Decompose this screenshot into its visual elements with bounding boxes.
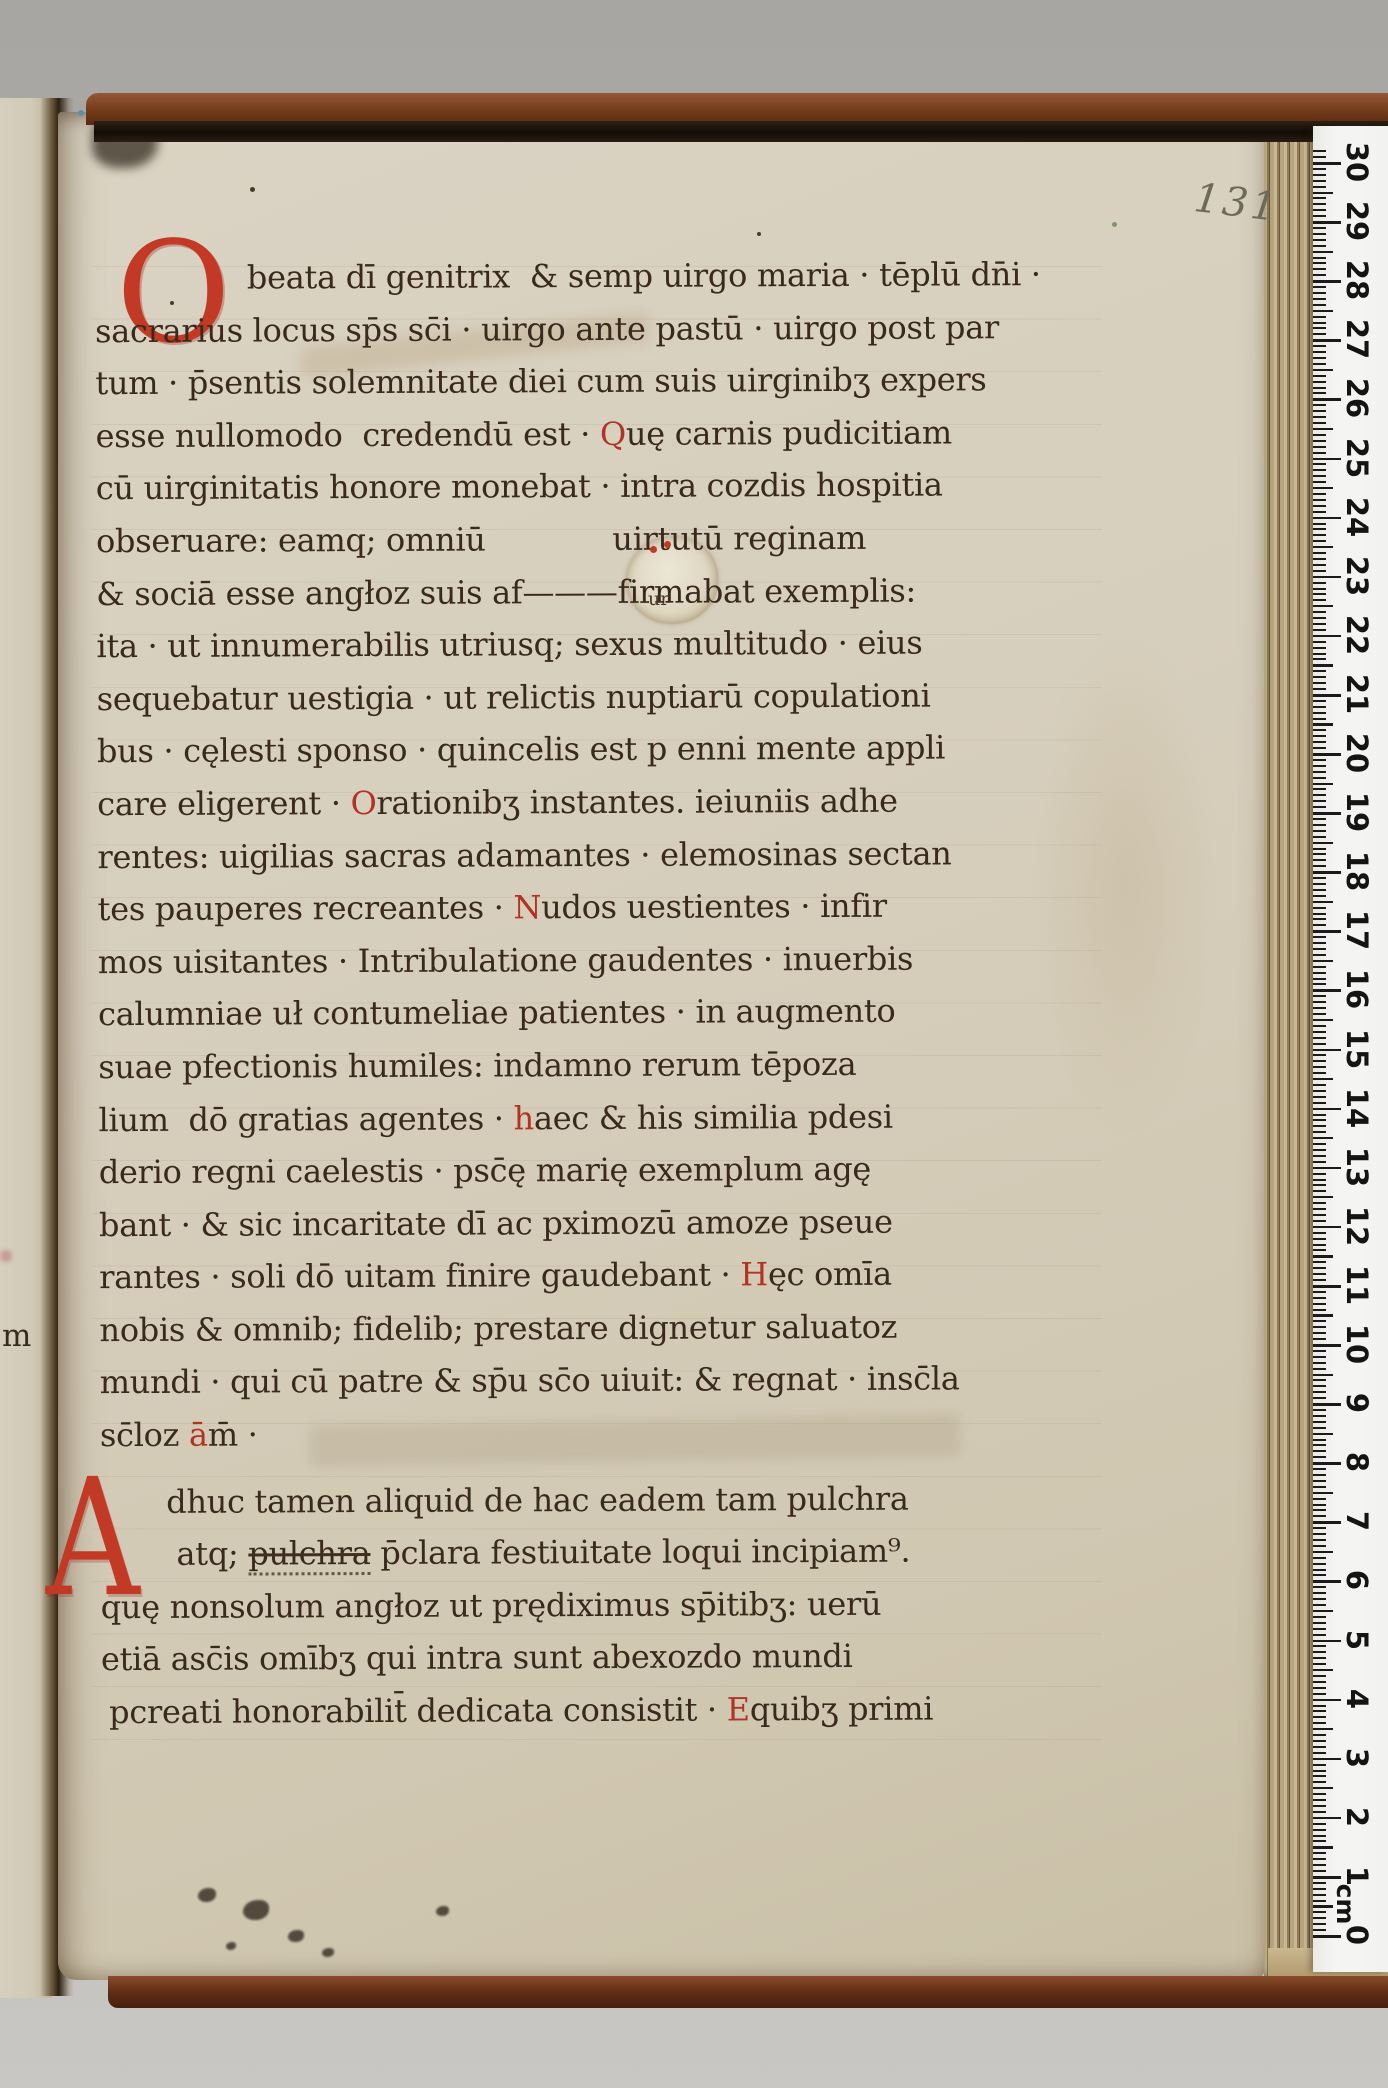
ruler-tick (1313, 765, 1326, 767)
manuscript-line: mundi · qui cū patre & sp̄u sc̄o uiuit: … (100, 1352, 1100, 1409)
ruler-tick (1313, 1480, 1326, 1482)
ruler-tick (1313, 1829, 1326, 1831)
ruler-tick (1313, 174, 1326, 176)
ruler-tick (1313, 1586, 1326, 1588)
ruler-tick (1313, 1444, 1326, 1446)
ruler-number: 10 (1342, 1322, 1372, 1366)
ruler-tick (1313, 1196, 1333, 1198)
ruler-tick (1313, 582, 1326, 584)
ruler-tick (1313, 871, 1341, 874)
ruler-tick (1313, 1309, 1326, 1311)
ruler-tick (1313, 777, 1326, 779)
ruler-tick (1313, 221, 1341, 224)
manuscript-line: bus · cęlesti sponso · quincelis est p e… (97, 721, 1097, 778)
ruler-tick (1313, 1468, 1326, 1470)
ruler-tick (1313, 865, 1326, 867)
ruler-tick (1313, 836, 1326, 838)
ruler-tick (1313, 1663, 1326, 1665)
ruler-tick (1313, 1249, 1326, 1251)
ruler-tick (1313, 327, 1326, 329)
ruler-number: 21 (1342, 672, 1372, 716)
manuscript-line: sequebatur uestigia · ut relictis nuptia… (97, 669, 1097, 726)
ruler-tick (1313, 1876, 1341, 1879)
ruler-tick (1313, 1167, 1341, 1170)
ruler-tick (1313, 729, 1326, 731)
ruler-tick (1313, 966, 1326, 968)
ruler-tick (1313, 658, 1326, 660)
ruler-tick (1313, 741, 1326, 743)
ruler-tick (1313, 1923, 1326, 1925)
ruler-tick (1313, 493, 1326, 495)
red-dot (650, 546, 657, 553)
ruler-tick (1313, 1049, 1341, 1052)
ruler-tick (1313, 1846, 1333, 1848)
ruler-tick (1313, 800, 1326, 802)
ruler-tick (1313, 1202, 1326, 1204)
manuscript-line: pcreati honorabilit̄ dedicata consistit … (101, 1682, 1101, 1739)
ruler-tick (1313, 1545, 1326, 1547)
ruler-tick (1313, 1539, 1326, 1541)
ruler-tick (1313, 369, 1333, 371)
ruler-tick (1313, 239, 1326, 241)
ruler-tick (1313, 1338, 1326, 1340)
ruler-tick (1313, 481, 1326, 483)
ruler-tick (1313, 889, 1326, 891)
ruler-tick (1313, 812, 1341, 815)
ruler-tick (1313, 1397, 1326, 1399)
ruler-tick (1313, 1805, 1326, 1807)
ruler-tick (1313, 1031, 1326, 1033)
ruler-tick (1313, 1864, 1326, 1866)
ruler-tick (1313, 192, 1333, 194)
manuscript-line: rentes: uigilias sacras adamantes · elem… (97, 826, 1097, 883)
ruler-tick (1313, 1155, 1326, 1157)
ruler-tick (1313, 1492, 1333, 1494)
ruler-tick (1313, 1917, 1326, 1919)
ruler-tick (1313, 1693, 1326, 1695)
ruler-tick (1313, 1900, 1326, 1902)
ruler-number: 27 (1342, 317, 1372, 361)
ruler-tick (1313, 570, 1326, 572)
ruler-tick (1313, 794, 1326, 796)
ruler-tick (1313, 629, 1326, 631)
ruler-tick (1313, 1462, 1341, 1465)
ruler-tick (1313, 523, 1326, 525)
ruler-tick (1313, 1580, 1341, 1583)
ruler-tick (1313, 1669, 1333, 1671)
ruler-tick (1313, 1214, 1326, 1216)
ruler-tick (1313, 972, 1326, 974)
ruler-tick (1313, 1054, 1326, 1056)
ruler-tick (1313, 1498, 1326, 1500)
red-dot (664, 541, 671, 548)
ruler-tick (1313, 1137, 1333, 1139)
ruler-tick (1313, 422, 1326, 424)
ruler-tick (1313, 168, 1326, 170)
ruler-tick (1313, 375, 1326, 377)
ruler-number: 11 (1342, 1263, 1372, 1307)
manuscript-line: sacrarius locus sp̄s sc̄i · uirgo ante p… (95, 300, 1095, 357)
ruler-tick (1313, 251, 1333, 253)
ruler-tick (1313, 1184, 1326, 1186)
ruler-tick (1313, 1527, 1326, 1529)
ruler-tick (1313, 351, 1326, 353)
ruler-number: 22 (1342, 613, 1372, 657)
ruler-tick (1313, 688, 1326, 690)
ruler-tick (1313, 806, 1326, 808)
ruler-tick (1313, 357, 1326, 359)
manuscript-line: atq; pulchra p̄clara festiuitate loqui i… (100, 1524, 1100, 1581)
ruler-tick (1313, 611, 1326, 613)
photo: m ur O A beata dī genitrix & semp uirgo … (0, 0, 1388, 2088)
ruler-tick (1313, 1622, 1326, 1624)
stain (757, 232, 761, 236)
ruler-tick (1313, 1450, 1326, 1452)
ruler-number: 6 (1342, 1558, 1372, 1602)
ruler-tick (1313, 1190, 1326, 1192)
ruler-number: 7 (1342, 1499, 1372, 1543)
ruler-tick (1313, 623, 1326, 625)
ruler-tick (1313, 1261, 1326, 1263)
ruler-tick (1313, 1391, 1326, 1393)
ruler-tick (1313, 1521, 1341, 1524)
manuscript-line: calumniae uł contumeliae patientes · in … (98, 984, 1098, 1041)
ruler-tick (1313, 830, 1326, 832)
ruler-tick (1313, 1149, 1326, 1151)
ruler-tick (1313, 735, 1326, 737)
ruler-tick (1313, 664, 1333, 666)
ruler-tick (1313, 197, 1326, 199)
ruler-tick (1313, 1119, 1326, 1121)
ruler-number: 24 (1342, 495, 1372, 539)
ruler-tick (1313, 1911, 1326, 1913)
manuscript-line: mos uisitantes · Intribulatione gaudente… (98, 932, 1098, 989)
ruler-tick (1313, 1716, 1326, 1718)
ruler-tick (1313, 1267, 1326, 1269)
ruler-tick (1313, 1604, 1326, 1606)
ruler-tick (1313, 723, 1333, 725)
ruler-tick (1313, 907, 1326, 909)
ruler-tick (1313, 1173, 1326, 1175)
ruler-tick (1313, 257, 1326, 259)
ruler-tick (1313, 1858, 1326, 1860)
ruler-tick (1313, 546, 1333, 548)
ruler-tick (1313, 558, 1326, 560)
ruler-tick (1313, 848, 1326, 850)
ruler-number: 19 (1342, 790, 1372, 834)
ruler-tick (1313, 1504, 1326, 1506)
ruler-tick (1313, 1102, 1326, 1104)
ruler-tick (1313, 1220, 1326, 1222)
ruler-tick (1313, 292, 1326, 294)
page-edge-band-top (94, 121, 1388, 142)
ruler-tick (1313, 203, 1326, 205)
ruler-tick (1313, 1486, 1326, 1488)
ruler-number: 0 (1342, 1913, 1372, 1957)
ruler-tick (1313, 404, 1326, 406)
ruler-tick (1313, 1403, 1341, 1406)
ruler-tick (1313, 960, 1333, 962)
ruler-tick (1313, 1297, 1326, 1299)
ruler-tick (1313, 1433, 1333, 1435)
manuscript-line: nobis & omnib; fidelib; prestare dignetu… (99, 1300, 1099, 1357)
ruler-tick (1313, 1007, 1326, 1009)
ruler-tick (1313, 641, 1326, 643)
ruler-tick (1313, 1634, 1326, 1636)
ruler-tick (1313, 1640, 1341, 1643)
ruler-tick (1313, 463, 1326, 465)
ruler-tick (1313, 1344, 1341, 1347)
ruler-tick (1313, 617, 1326, 619)
ruler-number: 2 (1342, 1795, 1372, 1839)
manuscript-line: sc̄loz ām̄ · (100, 1405, 1100, 1462)
ruler-number: 3 (1342, 1736, 1372, 1780)
ruler-tick (1313, 1043, 1326, 1045)
ruler-tick (1313, 1515, 1326, 1517)
ruler-tick (1313, 1734, 1326, 1736)
ruler-tick (1313, 842, 1333, 844)
ruler-tick (1313, 1084, 1326, 1086)
ruler-tick (1313, 1935, 1341, 1938)
ruler-tick (1313, 706, 1326, 708)
ruler-tick (1313, 1882, 1326, 1884)
ruler: cm 3029282726252423222120191817161514131… (1313, 126, 1388, 1972)
ruler-tick (1313, 1273, 1326, 1275)
ruler-tick (1313, 788, 1326, 790)
ruler-tick (1313, 162, 1341, 165)
manuscript-line: suae pfectionis humiles: indamno rerum t… (98, 1037, 1098, 1094)
ruler-tick (1313, 635, 1341, 638)
ruler-tick (1313, 487, 1333, 489)
ruler-tick (1313, 1439, 1326, 1441)
ruler-tick (1313, 1379, 1326, 1381)
ruler-tick (1313, 1427, 1326, 1429)
ruler-tick (1313, 316, 1326, 318)
stain (0, 1250, 12, 1262)
ruler-tick (1313, 883, 1326, 885)
ruler-tick (1313, 818, 1326, 820)
ruler-tick (1313, 682, 1326, 684)
ruler-tick (1313, 918, 1326, 920)
ruler-tick (1313, 1013, 1326, 1015)
ruler-tick (1313, 209, 1326, 211)
ruler-tick (1313, 1509, 1326, 1511)
ruler-tick (1313, 700, 1326, 702)
ruler-tick (1313, 1326, 1326, 1328)
manuscript-line: esse nullomodo credendū est · Quę carnis… (95, 406, 1095, 463)
ruler-tick (1313, 392, 1326, 394)
ruler-tick (1313, 1374, 1333, 1376)
ruler-tick (1313, 274, 1326, 276)
ruler-tick (1313, 1303, 1326, 1305)
ruler-tick (1313, 310, 1333, 312)
ruler-tick (1313, 469, 1326, 471)
ruler-tick (1313, 670, 1326, 672)
ruler-tick (1313, 511, 1326, 513)
ruler-tick (1313, 1657, 1326, 1659)
ruler-tick (1313, 948, 1326, 950)
ruler-tick (1313, 280, 1341, 283)
ruler-tick (1313, 499, 1326, 501)
ruler-tick (1313, 942, 1326, 944)
ruler-tick (1313, 1758, 1341, 1761)
ruler-tick (1313, 1752, 1326, 1754)
ruler-tick (1313, 1687, 1326, 1689)
ruler-tick (1313, 1592, 1326, 1594)
ruler-tick (1313, 298, 1326, 300)
ruler-tick (1313, 262, 1326, 264)
spine-bottom (108, 1976, 1388, 2008)
ruler-tick (1313, 398, 1341, 401)
ruler-tick (1313, 150, 1326, 152)
ruler-tick (1313, 1320, 1326, 1322)
ruler-tick (1313, 186, 1326, 188)
ruler-tick (1313, 1905, 1333, 1907)
ruler-number: 29 (1342, 199, 1372, 243)
ruler-tick (1313, 593, 1326, 595)
ruler-tick (1313, 1332, 1326, 1334)
ruler-number: 13 (1342, 1145, 1372, 1189)
ruler-tick (1313, 517, 1341, 520)
ruler-tick (1313, 528, 1326, 530)
ruler-tick (1313, 924, 1326, 926)
ruler-tick (1313, 1781, 1326, 1783)
ruler-tick (1313, 647, 1326, 649)
ruler-number: 20 (1342, 731, 1372, 775)
ruler-tick (1313, 564, 1326, 566)
ruler-tick (1313, 1161, 1326, 1163)
ruler-tick (1313, 1705, 1326, 1707)
ruler-tick (1313, 1232, 1326, 1234)
ruler-tick (1313, 1019, 1333, 1021)
ruler-tick (1313, 1456, 1326, 1458)
ruler-tick (1313, 245, 1326, 247)
ruler-tick (1313, 1840, 1326, 1842)
ruler-number: 4 (1342, 1677, 1372, 1721)
ruler-tick (1313, 1799, 1326, 1801)
ruler-tick (1313, 1557, 1326, 1559)
manuscript-line: bant · & sic incaritate dī ac pximozū am… (99, 1195, 1099, 1252)
ruler-number: 15 (1342, 1027, 1372, 1071)
ruler-number: 30 (1342, 140, 1372, 184)
ruler-tick (1313, 653, 1326, 655)
ruler-tick (1313, 1285, 1341, 1288)
manuscript-line: etiā asc̄is omībʒ qui intra sunt abexozd… (101, 1629, 1101, 1686)
ruler-tick (1313, 1362, 1326, 1364)
ink-spot (322, 1948, 334, 1957)
ruler-tick (1313, 936, 1326, 938)
manuscript-line: quę nonsolum angłoz ut prędiximus sp̄iti… (101, 1577, 1101, 1634)
ruler-tick (1313, 1563, 1326, 1565)
ruler-tick (1313, 1096, 1326, 1098)
manuscript-line: dhuc tamen aliquid de hac eadem tam pulc… (100, 1471, 1100, 1528)
blue-speck (78, 110, 84, 116)
ruler-tick (1313, 1072, 1326, 1074)
hole-inscription: ur (648, 588, 669, 610)
ruler-tick (1313, 180, 1326, 182)
ruler-number: 18 (1342, 849, 1372, 893)
manuscript-line: derio regni caelestis · psc̄ę marię exem… (99, 1142, 1099, 1199)
ruler-tick (1313, 363, 1326, 365)
ruler-tick (1313, 1610, 1333, 1612)
ruler-tick (1313, 475, 1326, 477)
ruler-tick (1313, 434, 1326, 436)
ruler-number: 8 (1342, 1440, 1372, 1484)
ruler-tick (1313, 1255, 1333, 1257)
green-speck (1112, 222, 1117, 227)
ruler-tick (1313, 1078, 1333, 1080)
ruler-tick (1313, 1131, 1326, 1133)
ruler-tick (1313, 853, 1326, 855)
stain (250, 187, 255, 192)
ruler-tick (1313, 333, 1326, 335)
ruler-tick (1313, 534, 1326, 536)
ruler-tick (1313, 1291, 1326, 1293)
ruler-tick (1313, 588, 1326, 590)
ruler-tick (1313, 1114, 1326, 1116)
manuscript-line: & sociā esse angłoz suis af———firmabat e… (96, 563, 1096, 620)
ruler-tick (1313, 954, 1326, 956)
ruler-tick (1313, 605, 1333, 607)
ruler-tick (1313, 1060, 1326, 1062)
ruler-number: 9 (1342, 1381, 1372, 1425)
ruler-tick (1313, 1208, 1326, 1210)
ruler-tick (1313, 989, 1341, 992)
ruler-tick (1313, 599, 1326, 601)
ruler-tick (1313, 1368, 1326, 1370)
ruler-tick (1313, 1699, 1341, 1702)
ruler-tick (1313, 753, 1341, 756)
ruler-tick (1313, 895, 1326, 897)
ruler-tick (1313, 458, 1341, 461)
ruler-tick (1313, 215, 1326, 217)
ruler-number: 12 (1342, 1204, 1372, 1248)
ruler-tick (1313, 440, 1326, 442)
ruler-tick (1313, 759, 1326, 761)
ruler-tick (1313, 233, 1326, 235)
ruler-tick (1313, 1770, 1326, 1772)
ruler-tick (1313, 452, 1326, 454)
ruler-tick (1313, 1628, 1326, 1630)
ruler-tick (1313, 1474, 1326, 1476)
ink-spot (288, 1930, 304, 1942)
ruler-tick (1313, 1764, 1326, 1766)
ruler-tick (1313, 824, 1326, 826)
facing-page-text: m (2, 1318, 31, 1354)
ruler-tick (1313, 1888, 1326, 1890)
manuscript-line: lium dō gratias agentes · haec & his sim… (98, 1089, 1098, 1146)
ruler-number: 17 (1342, 908, 1372, 952)
ruler-tick (1313, 676, 1326, 678)
ruler-tick (1313, 913, 1326, 915)
ruler-tick (1313, 1409, 1326, 1411)
ruler-tick (1313, 877, 1326, 879)
ruler-tick (1313, 1143, 1326, 1145)
page-edges (1264, 106, 1314, 1980)
ruler-tick (1313, 156, 1326, 158)
ruler-tick (1313, 978, 1326, 980)
ruler-tick (1313, 1279, 1326, 1281)
ruler-tick (1313, 1746, 1326, 1748)
ruler-tick (1313, 446, 1326, 448)
manuscript-line: ita · ut innumerabilis utriusq; sexus mu… (96, 616, 1096, 673)
ruler-tick (1313, 1852, 1326, 1854)
ruler-tick (1313, 1598, 1326, 1600)
ruler-tick (1313, 783, 1333, 785)
ruler-tick (1313, 540, 1326, 542)
ruler-number: 26 (1342, 376, 1372, 420)
ruler-tick (1313, 930, 1341, 933)
